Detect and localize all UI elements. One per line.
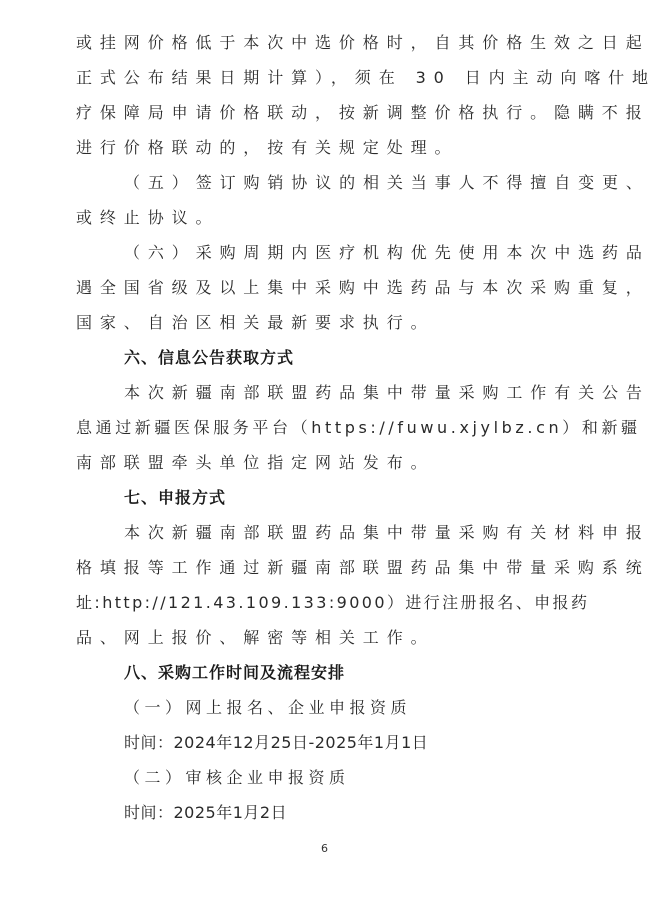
section-heading: 八、采购工作时间及流程安排 [76, 655, 582, 690]
text-line: 国家、自治区相关最新要求执行。 [76, 305, 582, 340]
text-line: 本次新疆南部联盟药品集中带量采购有关材料申报、价 [76, 515, 582, 550]
text-line: 遇全国省级及以上集中采购中选药品与本次采购重复，则按 [76, 270, 582, 305]
list-item: 时间：2025年1月2日 [76, 795, 582, 830]
text-line: 疗保障局申请价格联动，按新调整价格执行。隐瞒不报，未 [76, 95, 582, 130]
text-line: 南部联盟牵头单位指定网站发布。 [76, 445, 582, 480]
list-item: （一）网上报名、企业申报资质 [76, 690, 582, 725]
list-item: （二）审核企业申报资质 [76, 760, 582, 795]
text-line: 正式公布结果日期计算），须在 30 日内主动向喀什地区医 [76, 60, 582, 95]
text-line: 或挂网价格低于本次中选价格时，自其价格生效之日起（以 [76, 25, 582, 60]
list-item: 时间：2024年12月25日-2025年1月1日 [76, 725, 582, 760]
section-heading: 七、申报方式 [76, 480, 582, 515]
text-line: 格填报等工作通过新疆南部联盟药品集中带量采购系统（网 [76, 550, 582, 585]
text-line: 息通过新疆医保服务平台（https://fuwu.xjylbz.cn）和新疆 [76, 410, 582, 445]
text-line: （六）采购周期内医疗机构优先使用本次中选药品，如 [76, 235, 582, 270]
section-heading: 六、信息公告获取方式 [76, 340, 582, 375]
text-line: 品、网上报价、解密等相关工作。 [76, 620, 582, 655]
document-page: 或挂网价格低于本次中选价格时，自其价格生效之日起（以 正式公布结果日期计算），须… [76, 25, 582, 830]
text-line: 址:http://121.43.109.133:9000）进行注册报名、申报药 [76, 585, 582, 620]
text-line: （五）签订购销协议的相关当事人不得擅自变更、中止 [76, 165, 582, 200]
text-line: 或终止协议。 [76, 200, 582, 235]
page-number: 6 [0, 842, 649, 855]
text-line: 进行价格联动的，按有关规定处理。 [76, 130, 582, 165]
text-line: 本次新疆南部联盟药品集中带量采购工作有关公告、信 [76, 375, 582, 410]
